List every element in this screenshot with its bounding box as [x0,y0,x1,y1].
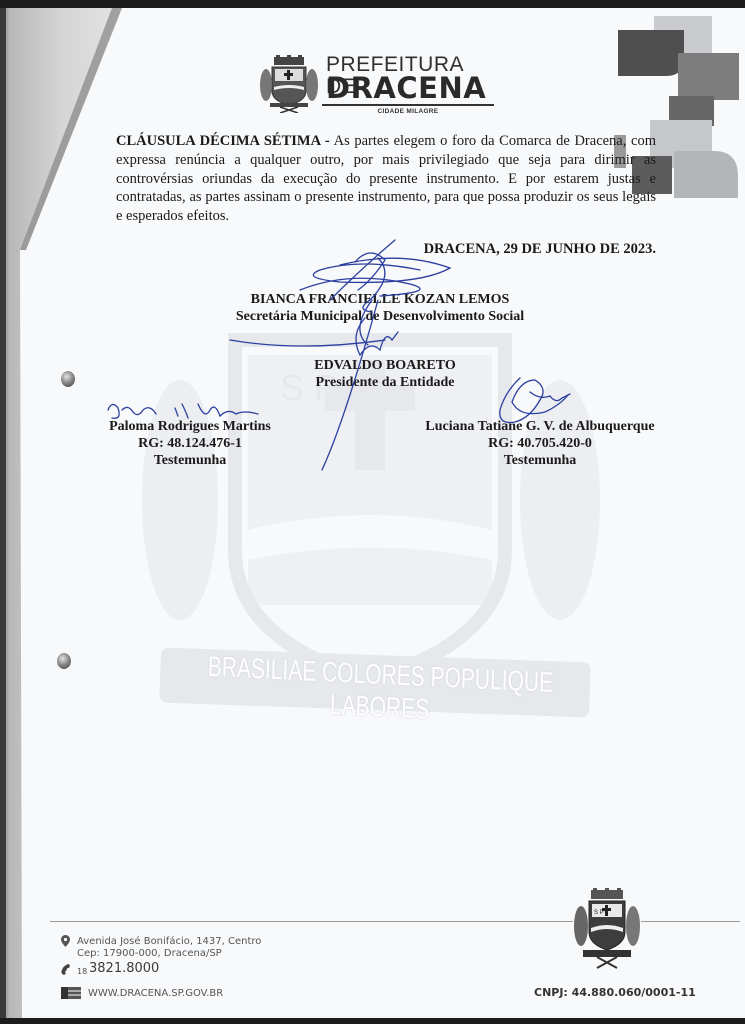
footer-address-line1: Avenida José Bonifácio, 1437, Centro [77,936,261,948]
footer-phone-number: 3821.8000 [89,963,159,975]
footer-cnpj: CNPJ: 44.880.060/0001-11 [534,986,714,999]
map-pin-icon [61,935,70,947]
svg-text:S P: S P [594,910,604,916]
footer-address-line2: Cep: 17900-000, Dracena/SP [77,948,222,960]
phone-icon [61,964,71,975]
footer-phone-prefix: 18 [77,966,87,978]
handwritten-signatures [0,0,745,1024]
footer-website-link[interactable]: WWW.DRACENA.SP.GOV.BR [88,988,223,1000]
footer-coat-of-arms-icon: S P [573,888,641,972]
flag-icon [61,987,81,999]
